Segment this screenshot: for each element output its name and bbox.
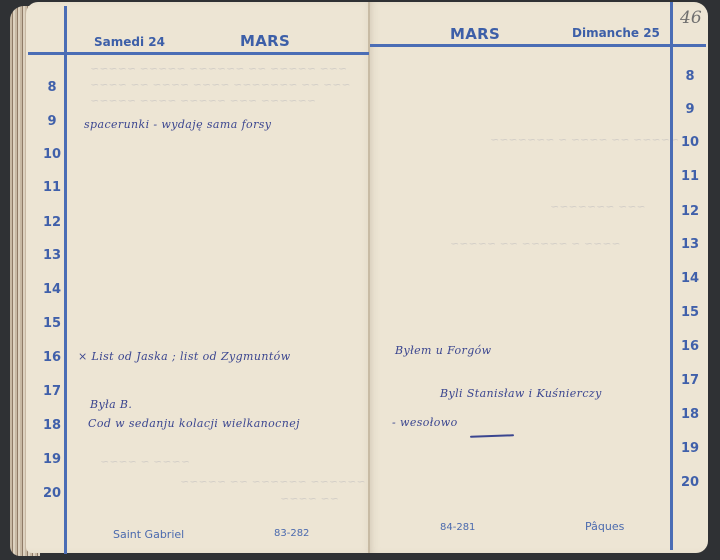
right-footer-day-count: 84-281	[440, 522, 475, 533]
right-hour-16: 16	[676, 339, 704, 354]
bleed-through-text: ~~~~~~ ~~~~~~ ~~ ~~~~~	[180, 475, 366, 488]
right-header-rule	[370, 44, 706, 47]
left-hour-12: 12	[38, 215, 66, 230]
right-hour-17: 17	[676, 373, 704, 388]
entry-right-18: - wesołowo	[392, 416, 458, 429]
right-hour-18: 18	[676, 407, 704, 422]
left-hour-15: 15	[38, 316, 66, 331]
bleed-through-text: ~~~ ~~~~~ ~~ ~~~~~~ ~~~~~ ~~~~~	[90, 62, 347, 75]
left-day-label: Samedi 24	[94, 35, 165, 49]
binding-gutter	[368, 2, 370, 553]
page-number-annotation: 46	[680, 8, 702, 28]
right-day-label: Dimanche 25	[572, 26, 660, 40]
bleed-through-text: ~~~~ ~ ~~~~~ ~~ ~~~~~	[450, 237, 621, 250]
entry-left-16: × List od Jaska ; list od Zygmuntów	[78, 350, 291, 363]
right-hour-9: 9	[676, 102, 704, 117]
right-hour-12: 12	[676, 204, 704, 219]
bleed-through-text: ~~~ ~~~~~~~	[550, 200, 646, 213]
right-hour-19: 19	[676, 441, 704, 456]
bleed-through-text: ~~~~ ~ ~~~~	[100, 455, 190, 468]
entry-right-16: Byłem u Forgów	[395, 344, 491, 357]
right-page	[369, 2, 708, 553]
right-footer-feast: Pâques	[585, 520, 624, 533]
right-hour-rule	[670, 2, 673, 550]
right-hour-8: 8	[676, 69, 704, 84]
left-hour-14: 14	[38, 282, 66, 297]
right-hour-20: 20	[676, 475, 704, 490]
entry-right-17: Byli Stanisław i Kuśnierczy	[440, 387, 602, 400]
left-hour-19: 19	[38, 452, 66, 467]
right-month-label: MARS	[450, 25, 500, 43]
bleed-through-text: ~~~~~~ ~~~ ~~~~~ ~~~~ ~~~~~	[90, 94, 316, 107]
left-hour-18: 18	[38, 418, 66, 433]
right-hour-14: 14	[676, 271, 704, 286]
bleed-through-text: ~~~ ~~ ~~~~~~~ ~~~~ ~~~~ ~~ ~~~~	[90, 78, 351, 91]
left-hour-17: 17	[38, 384, 66, 399]
left-hour-10: 10	[38, 147, 66, 162]
right-hour-11: 11	[676, 169, 704, 184]
left-hour-9: 9	[38, 114, 66, 129]
left-footer-day-count: 83-282	[274, 528, 309, 539]
bleed-through-text: ~~ ~~~~	[280, 492, 339, 505]
left-month-label: MARS	[240, 32, 290, 50]
left-hour-11: 11	[38, 180, 66, 195]
left-header-rule	[28, 52, 369, 55]
entry-left-9: spacerunki - wydaję sama forsy	[84, 118, 271, 131]
left-hour-13: 13	[38, 248, 66, 263]
bleed-through-text: ~~~~~ ~~ ~~~~ ~ ~~~~~~~	[490, 133, 679, 146]
left-hour-16: 16	[38, 350, 66, 365]
entry-left-18: Cod w sedanju kolacji wielkanocnej	[88, 417, 300, 430]
left-footer-saint: Saint Gabriel	[113, 528, 184, 541]
right-hour-13: 13	[676, 237, 704, 252]
right-hour-10: 10	[676, 135, 704, 150]
left-hour-8: 8	[38, 80, 66, 95]
entry-left-17: Była B.	[90, 398, 132, 411]
right-hour-15: 15	[676, 305, 704, 320]
left-hour-20: 20	[38, 486, 66, 501]
